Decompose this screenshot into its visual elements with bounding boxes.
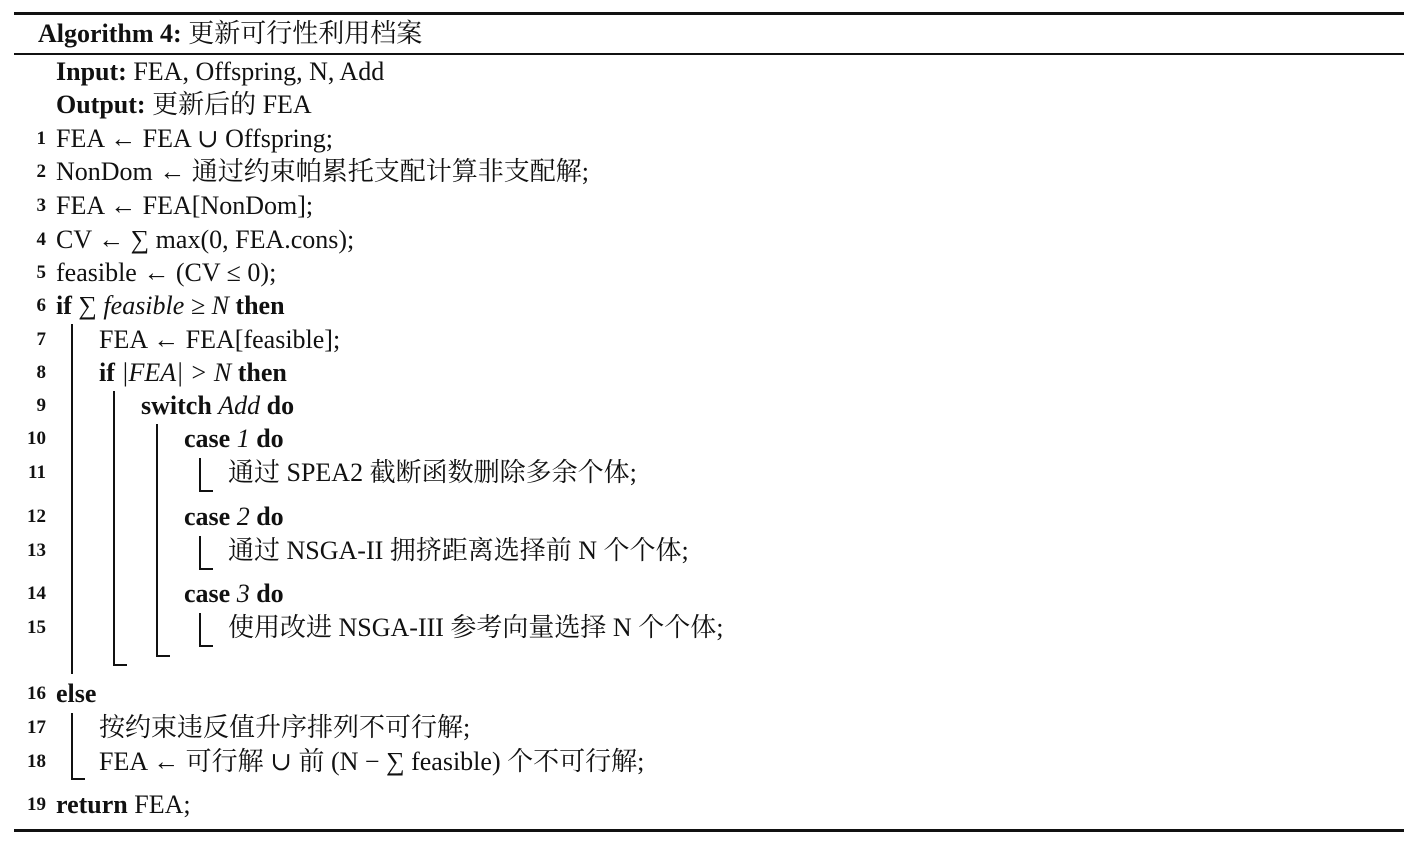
input-line: Input: FEA, Offspring, N, Add bbox=[56, 57, 384, 87]
line-text: FEA ← FEA[feasible]; bbox=[99, 325, 340, 355]
condition: |FEA| > N bbox=[121, 358, 231, 387]
line-text: 通过 SPEA2 截断函数删除多余个体; bbox=[228, 458, 637, 488]
case-value: 2 bbox=[237, 502, 250, 531]
line-text: FEA ← FEA[NonDom]; bbox=[56, 191, 313, 221]
line-number: 13 bbox=[0, 536, 46, 566]
line-number: 18 bbox=[0, 747, 46, 777]
block-bar-if bbox=[71, 324, 73, 674]
line-number: 3 bbox=[0, 191, 46, 221]
line-number: 11 bbox=[0, 458, 46, 488]
line-number: 12 bbox=[0, 502, 46, 532]
keyword-else: else bbox=[56, 679, 96, 709]
line-text: feasible ← (CV ≤ 0); bbox=[56, 258, 276, 288]
keyword-switch: switch bbox=[141, 391, 212, 420]
line-number: 15 bbox=[0, 613, 46, 643]
block-end-else bbox=[71, 778, 85, 780]
case-value: 1 bbox=[237, 424, 250, 453]
line-number: 6 bbox=[0, 291, 46, 321]
case-value: 3 bbox=[237, 579, 250, 608]
line-text: 通过 NSGA-II 拥挤距离选择前 N 个个体; bbox=[228, 536, 689, 566]
block-end-case3 bbox=[199, 645, 213, 647]
block-bar-inner-if bbox=[113, 391, 115, 665]
line-number: 16 bbox=[0, 679, 46, 709]
top-rule bbox=[14, 12, 1404, 15]
line-number: 8 bbox=[0, 358, 46, 388]
keyword-then: then bbox=[238, 358, 287, 387]
condition: ∑ feasible ≥ N bbox=[78, 291, 229, 320]
output-label: Output: bbox=[56, 90, 146, 119]
output-line: Output: 更新后的 FEA bbox=[56, 90, 312, 120]
block-end-switch bbox=[156, 655, 170, 657]
keyword-if: if bbox=[99, 358, 115, 387]
block-bar-case2 bbox=[199, 536, 201, 569]
line-text: FEA ← FEA ∪ Offspring; bbox=[56, 124, 333, 154]
keyword-return: return bbox=[56, 790, 128, 819]
keyword-case: case bbox=[184, 579, 230, 608]
keyword-do: do bbox=[267, 391, 294, 420]
bottom-rule bbox=[14, 829, 1404, 832]
keyword-case: case bbox=[184, 502, 230, 531]
algorithm-name: 更新可行性利用档案 bbox=[188, 19, 422, 48]
line-text: CV ← ∑ max(0, FEA.cons); bbox=[56, 225, 354, 255]
line-number: 2 bbox=[0, 157, 46, 187]
line-number: 9 bbox=[0, 391, 46, 421]
block-bar-case3 bbox=[199, 613, 201, 646]
line-text: 使用改进 NSGA-III 参考向量选择 N 个个体; bbox=[228, 613, 723, 643]
block-bar-switch bbox=[156, 424, 158, 656]
keyword-case: case bbox=[184, 424, 230, 453]
keyword-do: do bbox=[256, 502, 283, 531]
line-text: NonDom ← 通过约束帕累托支配计算非支配解; bbox=[56, 157, 589, 187]
block-bar-else bbox=[71, 713, 73, 779]
line-number: 5 bbox=[0, 258, 46, 288]
line-text: 按约束违反值升序排列不可行解; bbox=[99, 713, 470, 743]
input-label: Input: bbox=[56, 57, 127, 86]
block-bar-case1 bbox=[199, 458, 201, 491]
output-value: 更新后的 FEA bbox=[152, 90, 312, 119]
block-end-inner-if bbox=[113, 664, 127, 666]
line-number: 7 bbox=[0, 325, 46, 355]
keyword-then: then bbox=[235, 291, 284, 320]
block-end-case2 bbox=[199, 568, 213, 570]
line-text: FEA ← 可行解 ∪ 前 (N − ∑ feasible) 个不可行解; bbox=[99, 747, 644, 777]
line-number: 19 bbox=[0, 790, 46, 820]
input-value: FEA, Offspring, N, Add bbox=[133, 57, 384, 86]
line-number: 10 bbox=[0, 424, 46, 454]
line-number: 1 bbox=[0, 124, 46, 154]
block-end-case1 bbox=[199, 490, 213, 492]
keyword-do: do bbox=[256, 579, 283, 608]
header-rule bbox=[14, 53, 1404, 55]
keyword-do: do bbox=[256, 424, 283, 453]
line-number: 14 bbox=[0, 579, 46, 609]
line-number: 4 bbox=[0, 225, 46, 255]
algorithm-title: Algorithm 4: 更新可行性利用档案 bbox=[38, 18, 422, 50]
switch-var: Add bbox=[218, 391, 260, 420]
algorithm-label: Algorithm 4: bbox=[38, 19, 182, 48]
line-number: 17 bbox=[0, 713, 46, 743]
line-text: FEA; bbox=[134, 790, 190, 819]
keyword-if: if bbox=[56, 291, 72, 320]
